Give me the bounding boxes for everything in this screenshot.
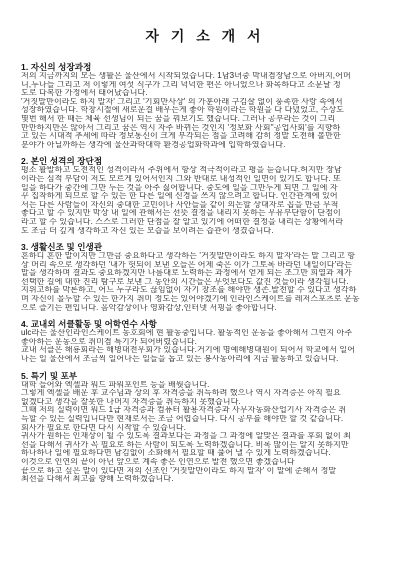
- text-line: 좋아하는 운동으로 취미겸 특기가 되어버렸습니다.: [21, 338, 389, 347]
- text-line: 저의 지금까지의 모든 생활은 울산에서 시작되었습니다. 1남3녀중 막내겸장…: [21, 72, 389, 81]
- document-section: 2. 본인 성격의 장단점평소 활발하고 도전적인 성격이라서 주위에서 항상 …: [21, 157, 389, 235]
- text-line: 몇번 해서 한 때는 체육 선생님이 되는 꿈을 꿔보기도 했습니다. 그러나 …: [21, 115, 389, 124]
- text-line: 득할 수 있는 실력입니다만 현재로서는 조금 어렵습니다. 다시 공부를 해야…: [21, 415, 389, 424]
- text-line: 교내 서클은 해룡회라는 해병대전우회가 있습니다.거기에 명예해병대원이 되어…: [21, 346, 389, 355]
- section-heading: 2. 본인 성격의 장단점: [21, 157, 389, 166]
- text-line: 도로 다복한 가정에서 태어났습니다.: [21, 89, 389, 98]
- text-line: 만만하지만은 않아서 그리고 꿈은 역시 자주 바뀌는 것인지 '정보화 사회'…: [21, 124, 389, 133]
- section-heading: 4. 교내외 서클활동 및 어학연수 사항: [21, 320, 389, 329]
- text-line: 선을 다해서 귀사가 꼭 필요로 하는 사람이 되도록 노력하겠습니다. 비록 …: [21, 441, 389, 450]
- text-line: 성장하였습니다. 학창시절에 새로운걸 배우는게 좋아 학원이라는 학원을 다 …: [21, 106, 389, 115]
- text-line: 고 있는 시대적 추세에 따라 정보통신이 크게 부각되는 점을 고려해 감히 …: [21, 132, 389, 141]
- section-heading: 3. 생활신조 및 인생관: [21, 243, 389, 252]
- document-section: 4. 교내외 서클활동 및 어학연수 사항ulc라는 울산인라인스케이트 동호회…: [21, 320, 389, 363]
- text-line: 이라는 심적 부담이 저도 모르게 있어서인지 그와 반대로 내성적인 일면이 …: [21, 175, 389, 184]
- text-line: 없겠다고 생각을 잘못한 나머지 자격증을 취득하지 못했습니다.: [21, 398, 389, 407]
- text-line: 끝으로 하고 싶은 말이 있다면 저의 신조인 '거짓말만이라도 하지 말자' …: [21, 467, 389, 476]
- text-line: 흔하디 흔한 말이지만 그만큼 중요하다고 생각하는 '거짓말만이라도 하지 말…: [21, 252, 389, 261]
- text-line: 귀사가 원하는 인재상이 될 수 있도록 결과보다는 과정을 그 과정에 알맞은…: [21, 432, 389, 441]
- page-title: 자 기 소 개 서: [21, 26, 389, 46]
- text-line: 분야가 아닐까하는 생각에 울산과학대학 환경공업화학과에 입학하였습니다.: [21, 141, 389, 150]
- document-body: 1. 자신의 성장과정저의 지금까지의 모든 생활은 울산에서 시작되었습니다.…: [21, 63, 389, 484]
- text-line: 상 머리 속으로 생각하던 '내가 헛되이 보낸 오늘은 어제 죽은 이가 그토…: [21, 261, 389, 270]
- document-section: 5. 특기 및 포부대학 들어와 엑셀과 워드 파워포인트 등을 배웟습니다.그…: [21, 372, 389, 484]
- text-line: 이것으로 인연의 끝이 아닌 앞으로 계속 좋은 인연으로 발전 했으면 좋겠습…: [21, 458, 389, 467]
- text-line: 도 조금 더 깊게 생각하고 자신 있는 모습을 보이려는 습관이 생겼습니다.: [21, 227, 389, 236]
- text-line: 그렇게 엑셀을 배운 후 교수님과 상의 후 자격증을 취득하려 했으나 역시 …: [21, 389, 389, 398]
- text-line: 라고 할 수 있습니다. 스스로 그러한 단점을 잘 알고 있기에 어떠한 결정…: [21, 218, 389, 227]
- text-line: 며 자신이 몰두할 수 있는 한가지 취미 정도는 있어야겠기에 인라인스케이트…: [21, 295, 389, 304]
- document-page: 자 기 소 개 서 1. 자신의 성장과정저의 지금까지의 모든 생활은 울산에…: [0, 0, 400, 565]
- text-line: 으로 즐기는 편입니다. 음악감상이나 영화감상,인터넷 서핑을 좋아합니다.: [21, 304, 389, 313]
- text-line: 일을 하다가 중간에 그만 두는 것을 아주 싫어합니다. 중도에 일을 그만두…: [21, 184, 389, 193]
- text-line: ulc라는 울산인라인스케이트 동호회에 현 활동중입니다. 활동적인 운동을 …: [21, 329, 389, 338]
- text-line: 그때 저의 실력이면 워드 1급 자격증과 컴퓨터 활용자격증과 사무자동화산업…: [21, 406, 389, 415]
- document-section: 3. 생활신조 및 인생관흔하디 흔한 말이지만 그만큼 중요하다고 생각하는 …: [21, 243, 389, 312]
- text-line: 니,누나들 그리고 저 이렇게 여섯 식구가 그리 넉넉한 편은 아니었으나 화…: [21, 81, 389, 90]
- text-line: 좋다고 할 수 있지만 막상 내 일에 관해서는 선뜻 결정을 내리지 못하는 …: [21, 209, 389, 218]
- text-line: 지위고하를 막론하고, 어느 누구라도 끊임없이 자기 창조를 해야만 생존.발…: [21, 286, 389, 295]
- section-heading: 1. 자신의 성장과정: [21, 63, 389, 72]
- text-line: 나는 일 울산에서 조금씩 일어나는 일들을 돕고 있는 봉사동아리에 지금 활…: [21, 355, 389, 364]
- text-line: 회사가 필요로 한다면 다시 시작할 수 있습니다.: [21, 424, 389, 433]
- section-heading: 5. 특기 및 포부: [21, 372, 389, 381]
- text-line: 최선을 다해서 최고를 향해 노력하겠습니다.: [21, 475, 389, 484]
- text-line: 대학 들어와 엑셀과 워드 파워포인트 등을 배웟습니다.: [21, 381, 389, 390]
- text-line: 평소 활발하고 도전적인 성격이라서 주위에서 항상 적극적이라고 평을 듣습니…: [21, 166, 389, 175]
- text-line: 꾸 집착하게 되므로 할 수 있는 한 다른 일에 신경을 쓰지 않으려고 합니…: [21, 192, 389, 201]
- text-line: 말을 생각하며 결과도 중요하겠지만 나름대로 노력하는 과정에서 얻게 되는 …: [21, 269, 389, 278]
- text-line: 하나하나 일에 필요하다면 남김없이 소화해서 필요할 때 풀어 낼 수 있게 …: [21, 449, 389, 458]
- text-line: '거짓말만이라도 하지 말자' 그리고 '기회만사상' 의 가훈아래 구김살 없…: [21, 98, 389, 107]
- document-section: 1. 자신의 성장과정저의 지금까지의 모든 생활은 울산에서 시작되었습니다.…: [21, 63, 389, 149]
- text-line: 서는 다른 사람들이 자신의 중대한 고민이나 사안들을 같이 의논할 상대자로…: [21, 201, 389, 210]
- text-line: 선택한 길에 대한 진리 탐구로 보낸 그 동안의 시간들은 무엇보다도 값진 …: [21, 278, 389, 287]
